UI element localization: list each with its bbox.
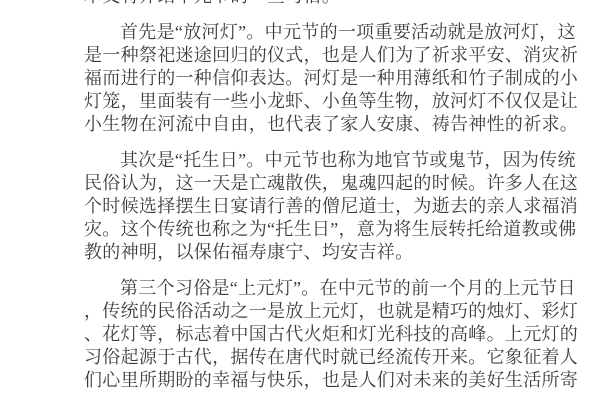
paragraph-custom-3-shangyuan-lanterns: 第三个习俗是“上元灯”。在中元节的前一个月的上元节日 ，传统的民俗活动之一是放上… <box>84 277 540 392</box>
text-line: 小生物在河流中自由，也代表了家人安康、祷告神性的祈求。 <box>84 113 540 136</box>
text-line: 们心里所期盼的幸福与快乐，也是人们对未来的美好生活所寄 <box>84 369 540 392</box>
text-line: 灾。这个传统也称之为“托生日”，意为将生辰转托给道教或佛 <box>84 218 540 241</box>
text-line: 其次是“托生日”。中元节也称为地官节或鬼节，因为传统 <box>84 149 540 172</box>
text-line: 、花灯等，标志着中国古代火炬和灯光科技的高峰。上元灯的 <box>84 323 540 346</box>
text-block: 本文将介绍中元节的一些习俗。 首先是“放河灯”。中元节的一项重要活动就是放河灯，… <box>84 0 540 400</box>
paragraph-custom-2-tuoshengri: 其次是“托生日”。中元节也称为地官节或鬼节，因为传统 民俗认为，这一天是亡魂散佚… <box>84 149 540 264</box>
text-line: 福而进行的一种信仰表达。河灯是一种用薄纸和竹子制成的小 <box>84 67 540 90</box>
document-page: 本文将介绍中元节的一些习俗。 首先是“放河灯”。中元节的一项重要活动就是放河灯，… <box>0 0 600 400</box>
text-line: 民俗认为，这一天是亡魂散佚，鬼魂四起的时候。许多人在这 <box>84 172 540 195</box>
text-line: 是一种祭祀迷途回归的仪式，也是人们为了祈求平安、消灾祈 <box>84 44 540 67</box>
text-line: ，传统的民俗活动之一是放上元灯，也就是精巧的烛灯、彩灯 <box>84 300 540 323</box>
text-line: 个时候选择摆生日宴请行善的僧尼道士，为逝去的亲人求福消 <box>84 195 540 218</box>
text-line: 教的神明，以保佑福寿康宁、均安吉祥。 <box>84 241 540 264</box>
paragraph-intro: 本文将介绍中元节的一些习俗。 <box>84 0 540 8</box>
text-line: 第三个习俗是“上元灯”。在中元节的前一个月的上元节日 <box>84 277 540 300</box>
paragraph-custom-1-river-lanterns: 首先是“放河灯”。中元节的一项重要活动就是放河灯，这 是一种祭祀迷途回归的仪式，… <box>84 21 540 136</box>
text-line: 首先是“放河灯”。中元节的一项重要活动就是放河灯，这 <box>84 21 540 44</box>
text-line: 本文将介绍中元节的一些习俗。 <box>84 0 540 8</box>
text-line: 灯笼，里面装有一些小龙虾、小鱼等生物，放河灯不仅仅是让 <box>84 90 540 113</box>
text-line: 习俗起源于古代，据传在唐代时就已经流传开来。它象征着人 <box>84 346 540 369</box>
